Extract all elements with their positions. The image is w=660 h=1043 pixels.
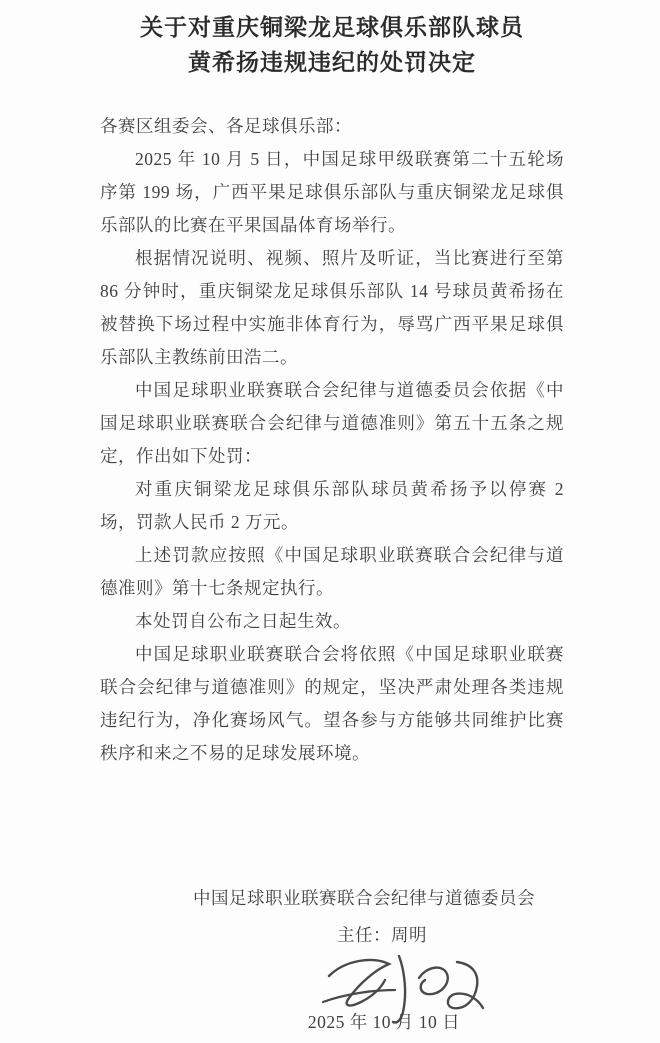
document-title-line1: 关于对重庆铜梁龙足球俱乐部队球员 <box>140 15 524 40</box>
document-page: 关于对重庆铜梁龙足球俱乐部队球员 黄希扬违规违纪的处罚决定 各赛区组委会、各足球… <box>0 0 660 1043</box>
signature-block: 中国足球职业联赛联合会纪律与道德委员会 主任：周明 2025 年 10 月 10… <box>100 882 564 1039</box>
paragraph-incident: 根据情况说明、视频、照片及听证，当比赛进行至第 86 分钟时，重庆铜梁龙足球俱乐… <box>100 242 564 374</box>
document-date: 2025 年 10 月 10 日 <box>204 1006 564 1039</box>
paragraph-penalty: 对重庆铜梁龙足球俱乐部队球员黄希扬予以停赛 2 场，罚款人民币 2 万元。 <box>100 473 564 539</box>
signer-title-name: 主任：周明 <box>200 919 564 952</box>
document-title-line2: 黄希扬违规违纪的处罚决定 <box>188 50 476 75</box>
document-title: 关于对重庆铜梁龙足球俱乐部队球员 黄希扬违规违纪的处罚决定 <box>100 10 564 80</box>
paragraph-basis: 中国足球职业联赛联合会纪律与道德委员会依据《中国足球职业联赛联合会纪律与道德准则… <box>100 374 564 473</box>
document-body: 各赛区组委会、各足球俱乐部： 2025 年 10 月 5 日，中国足球甲级联赛第… <box>100 110 564 770</box>
paragraph-match-info: 2025 年 10 月 5 日，中国足球甲级联赛第二十五轮场序第 199 场，广… <box>100 143 564 242</box>
paragraph-effective-date: 本处罚自公布之日起生效。 <box>100 605 564 638</box>
paragraph-closing-statement: 中国足球职业联赛联合会将依照《中国足球职业联赛联合会纪律与道德准则》的规定，坚决… <box>100 638 564 770</box>
paragraph-fine-execution: 上述罚款应按照《中国足球职业联赛联合会纪律与道德准则》第十七条规定执行。 <box>100 539 564 605</box>
salutation: 各赛区组委会、各足球俱乐部： <box>100 110 564 143</box>
signing-organization: 中国足球职业联赛联合会纪律与道德委员会 <box>164 882 564 915</box>
